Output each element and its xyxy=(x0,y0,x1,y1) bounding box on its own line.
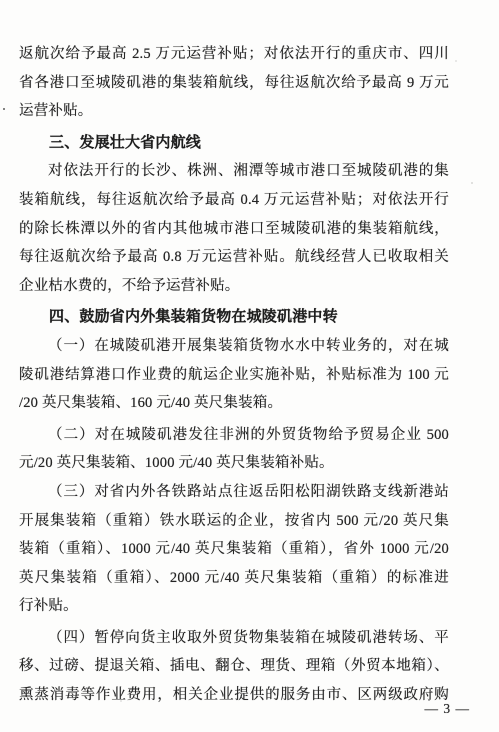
text-line: 装箱航线，每往返航次给予最高 0.4 万元运营补贴；对依法开行 xyxy=(19,186,449,215)
text-line: （四）暂停向货主收取外贸货物集装箱在城陵矶港转场、平 xyxy=(19,624,449,653)
text-line: 英尺集装箱（重箱）、2000 元/40 英尺集装箱（重箱）的标准进 xyxy=(19,564,449,593)
page-number: — 3 — xyxy=(425,701,471,717)
text-line: （二）对在城陵矶港发往非洲的外贸货物给予贸易企业 500 xyxy=(19,421,449,450)
text-line: 熏蒸消毒等作业费用，相关企业提供的服务由市、区两级政府购 xyxy=(19,681,449,710)
text-line: 移、过磅、提退关箱、插电、翻仓、理货、理箱（外贸本地箱）、 xyxy=(19,652,449,681)
text-line: 陵矶港结算港口作业费的航运企业实施补贴，补贴标准为 100 元 xyxy=(19,361,449,390)
text-line: 运营补贴。 xyxy=(19,97,449,126)
document-body: 返航次给予最高 2.5 万元运营补贴；对依法开行的重庆市、四川 省各港口至城陵矶… xyxy=(19,40,449,710)
section-heading: 三、发展壮大省内航线 xyxy=(19,129,449,158)
text-line: 开展集装箱（重箱）铁水联运的企业，按省内 500 元/20 英尺集 xyxy=(19,507,449,536)
text-line: 的除长株潭以外的省内其他城市港口至城陵矶港的集装箱航线， xyxy=(19,215,449,244)
text-line: 省各港口至城陵矶港的集装箱航线，每往返航次给予最高 9 万元 xyxy=(19,69,449,98)
text-line: 元/20 英尺集装箱、1000 元/40 英尺集装箱补贴。 xyxy=(19,449,449,478)
text-line: 每往返航次给予最高 0.8 万元运营补贴。航线经营人已收取相关 xyxy=(19,243,449,272)
text-line: 对依法开行的长沙、株洲、湘潭等城市港口至城陵矶港的集 xyxy=(19,157,449,186)
text-line: （一）在城陵矶港开展集装箱货物水水中转业务的，对在城 xyxy=(19,332,449,361)
scanned-document-page: 返航次给予最高 2.5 万元运营补贴；对依法开行的重庆市、四川 省各港口至城陵矶… xyxy=(0,0,499,732)
text-line: 装箱（重箱）、1000 元/40 英尺集装箱（重箱），省外 1000 元/20 xyxy=(19,535,449,564)
text-line: 返航次给予最高 2.5 万元运营补贴；对依法开行的重庆市、四川 xyxy=(19,40,449,69)
section-heading: 四、鼓励省内外集装箱货物在城陵矶港中转 xyxy=(19,303,449,332)
scan-speckles xyxy=(0,0,2,2)
text-line: /20 英尺集装箱、160 元/40 英尺集装箱。 xyxy=(19,389,449,418)
text-line: 企业枯水费的，不给予运营补贴。 xyxy=(19,272,449,301)
text-line: （三）对省内外各铁路站点往返岳阳松阳湖铁路支线新港站 xyxy=(19,478,449,507)
text-line: 行补贴。 xyxy=(19,592,449,621)
